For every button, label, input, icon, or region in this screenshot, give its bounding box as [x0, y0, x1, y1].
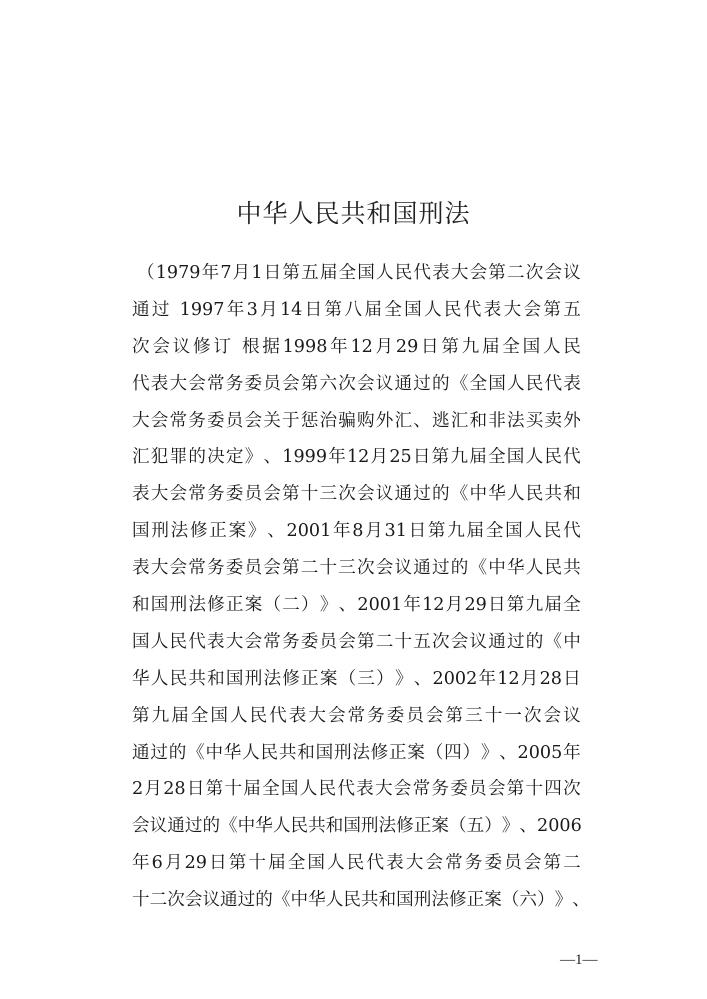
text-chunk: 中	[205, 735, 223, 772]
text-chunk: 修	[193, 329, 211, 366]
text-chunk: 表	[484, 292, 502, 329]
text-chunk: 过	[507, 624, 525, 661]
page-number: —1—	[560, 952, 598, 969]
text-chunk: 常	[188, 476, 206, 513]
text-chunk: 民	[347, 845, 365, 882]
text-chunk: 据	[262, 329, 280, 366]
text-chunk: 修	[396, 808, 414, 845]
text-chunk: 二	[282, 587, 300, 624]
preamble-line: 国人民代表大会常务委员会第二十五次会议通过的《中	[132, 624, 581, 661]
text-chunk: 的	[202, 808, 220, 845]
text-chunk: 通	[220, 882, 238, 919]
text-chunk: 人	[327, 845, 345, 882]
text-chunk: 、	[413, 403, 431, 440]
text-chunk: 会	[394, 771, 412, 808]
text-chunk: 会	[151, 403, 169, 440]
text-chunk: 第	[132, 698, 150, 735]
text-chunk: 人	[242, 735, 260, 772]
text-chunk: 通	[413, 550, 431, 587]
preamble-line: 年6月29日第十届全国人民代表大会常务委员会第二	[132, 845, 581, 882]
text-chunk: 表	[132, 550, 150, 587]
text-chunk: 大	[170, 366, 188, 403]
text-chunk: 员	[320, 624, 338, 661]
text-chunk: 过	[185, 808, 203, 845]
document-page: 中华人民共和国刑法 （1979年7月1日第五届全国人民代表大会第二次会议 通过 …	[0, 0, 707, 999]
preamble-line: 大会常务委员会关于惩治骗购外汇、逃汇和非法买卖外	[132, 403, 581, 440]
text-chunk: 会	[543, 698, 561, 735]
text-chunk: 汇	[132, 439, 150, 476]
text-chunk: 根	[242, 329, 260, 366]
text-chunk: （	[263, 587, 281, 624]
text-chunk: 年	[403, 587, 421, 624]
text-chunk: 第	[507, 587, 525, 624]
text-chunk: 通	[132, 735, 150, 772]
text-chunk: 修	[190, 513, 208, 550]
preamble-line: 代表大会常务委员会第六次会议通过的《全国人民代表	[132, 366, 581, 403]
text-chunk: 国	[132, 513, 150, 550]
text-chunk: 刑	[334, 735, 352, 772]
text-chunk: 日	[488, 587, 506, 624]
text-chunk: 《	[273, 882, 291, 919]
text-chunk: 国	[210, 698, 228, 735]
text-chunk: 《	[451, 366, 469, 403]
text-chunk: 共	[361, 882, 379, 919]
text-chunk: 八	[344, 292, 362, 329]
text-chunk: 年	[333, 513, 351, 550]
text-chunk: 骗	[338, 403, 356, 440]
text-chunk: 五	[413, 624, 431, 661]
text-chunk: 委	[484, 845, 502, 882]
text-chunk: 、	[263, 439, 281, 476]
text-chunk: 第	[282, 476, 300, 513]
document-title: 中华人民共和国刑法	[0, 194, 707, 230]
text-chunk: 全	[262, 771, 280, 808]
text-chunk: 正	[226, 587, 244, 624]
text-chunk: 的	[526, 624, 544, 661]
text-chunk: 代	[563, 513, 581, 550]
text-chunk: 、	[267, 513, 285, 550]
text-chunk: 刑	[361, 808, 379, 845]
preamble-line: 2月28日第十届全国人民代表大会常务委员会第十四次	[132, 771, 581, 808]
text-chunk: 法	[263, 661, 281, 698]
text-chunk: 议	[376, 366, 394, 403]
text-chunk: 共	[308, 808, 326, 845]
text-chunk: 会	[451, 624, 469, 661]
text-chunk: （	[449, 808, 467, 845]
text-chunk: 月	[365, 513, 383, 550]
text-chunk: 1997	[180, 292, 225, 329]
text-chunk: 届	[243, 771, 261, 808]
text-chunk: 委	[226, 476, 244, 513]
text-chunk: 日	[409, 513, 427, 550]
text-chunk: 常	[263, 624, 281, 661]
text-chunk: 大	[151, 550, 169, 587]
text-chunk: ）	[462, 735, 480, 772]
text-chunk: ）	[301, 587, 319, 624]
text-chunk: 二	[301, 550, 319, 587]
text-chunk: 国	[151, 587, 169, 624]
text-chunk: 正	[467, 882, 485, 919]
text-chunk: 法	[379, 808, 397, 845]
text-chunk: 日	[209, 845, 227, 882]
text-chunk: 》	[395, 661, 413, 698]
text-chunk: 刑	[245, 661, 263, 698]
text-chunk: 大	[226, 624, 244, 661]
preamble-line: 汇犯罪的决定》、1999年12月25日第九届全国人民代	[132, 439, 581, 476]
text-chunk: 届	[268, 845, 286, 882]
text-chunk: 月	[144, 771, 162, 808]
text-chunk: 议	[395, 550, 413, 587]
text-chunk: 五	[301, 255, 319, 292]
text-chunk: 届	[482, 329, 500, 366]
text-chunk: 的	[451, 550, 469, 587]
text-chunk: 会	[152, 329, 170, 366]
text-chunk: 1979	[156, 255, 201, 292]
text-chunk: 刑	[151, 513, 169, 550]
text-chunk: 国	[316, 735, 334, 772]
text-chunk: 年	[202, 255, 220, 292]
text-chunk: 华	[507, 550, 525, 587]
text-chunk: 常	[170, 403, 188, 440]
text-chunk: 华	[308, 882, 326, 919]
text-chunk: 民	[395, 255, 413, 292]
text-chunk: 五	[467, 808, 485, 845]
text-chunk: 人	[326, 882, 344, 919]
text-chunk: 中	[238, 808, 256, 845]
text-chunk: 2002	[433, 661, 478, 698]
text-chunk: 会	[338, 624, 356, 661]
text-chunk: 关	[263, 403, 281, 440]
text-chunk: 十	[224, 771, 242, 808]
text-chunk: 日	[413, 439, 431, 476]
text-chunk: 十	[395, 624, 413, 661]
text-chunk: 华	[132, 661, 150, 698]
text-chunk: 2001	[287, 513, 332, 550]
text-chunk: 大	[151, 476, 169, 513]
text-chunk: 国	[396, 882, 414, 919]
text-chunk: 定	[226, 439, 244, 476]
text-chunk: 会	[523, 292, 541, 329]
preamble-line: 会议通过的《中华人民共和国刑法修正案（五）》、2006	[132, 808, 581, 845]
text-chunk: 和	[326, 808, 344, 845]
text-chunk: 、	[339, 587, 357, 624]
text-chunk: 会	[188, 366, 206, 403]
text-chunk: 务	[226, 366, 244, 403]
text-chunk: 人	[376, 255, 394, 292]
text-chunk: 》	[248, 513, 266, 550]
text-chunk: 汇	[451, 403, 469, 440]
text-chunk: 次	[524, 698, 542, 735]
text-chunk: 年	[227, 292, 245, 329]
text-chunk: 2005	[518, 735, 563, 772]
text-chunk: 委	[226, 550, 244, 587]
text-chunk: 届	[467, 513, 485, 550]
text-chunk: 常	[207, 366, 225, 403]
text-chunk: 修	[371, 735, 389, 772]
text-chunk: 人	[151, 661, 169, 698]
text-chunk: 次	[338, 366, 356, 403]
text-chunk: 的	[432, 366, 450, 403]
text-chunk: 全	[488, 439, 506, 476]
text-chunk: 日	[563, 661, 581, 698]
text-chunk: 次	[432, 624, 450, 661]
text-chunk: 第	[301, 366, 319, 403]
text-chunk: 议	[376, 476, 394, 513]
text-chunk: 、	[519, 808, 537, 845]
text-chunk: 九	[447, 513, 465, 550]
text-chunk: 十	[248, 845, 266, 882]
text-chunk: 三	[357, 661, 375, 698]
text-chunk: 月	[233, 255, 251, 292]
text-chunk: 共	[545, 476, 563, 513]
text-chunk: 12	[347, 439, 369, 476]
text-chunk: 九	[526, 587, 544, 624]
text-chunk: 法	[431, 882, 449, 919]
text-chunk: 第	[428, 513, 446, 550]
text-chunk: 会	[263, 476, 281, 513]
text-chunk: 次	[132, 329, 150, 366]
text-chunk: 会	[357, 476, 375, 513]
text-chunk: 《	[187, 735, 205, 772]
text-chunk: 国	[505, 513, 523, 550]
text-chunk: 大	[308, 698, 326, 735]
text-chunk: 员	[245, 476, 263, 513]
text-chunk: 月	[446, 587, 464, 624]
text-chunk: 员	[469, 771, 487, 808]
text-chunk: 民	[250, 698, 268, 735]
text-chunk: 人	[507, 476, 525, 513]
text-chunk: 代	[413, 255, 431, 292]
text-chunk: 次	[563, 771, 581, 808]
text-chunk: 年	[478, 661, 496, 698]
text-chunk: 国	[357, 255, 375, 292]
text-chunk: 大	[375, 771, 393, 808]
text-chunk: 会	[263, 550, 281, 587]
text-chunk: 六	[320, 366, 338, 403]
text-chunk: 中	[563, 624, 581, 661]
text-chunk: 刑	[414, 882, 432, 919]
text-chunk: 国	[226, 661, 244, 698]
preamble-line: 表大会常务委员会第十三次会议通过的《中华人民共和	[132, 476, 581, 513]
text-chunk: 民	[343, 882, 361, 919]
text-chunk: 全	[191, 698, 209, 735]
text-chunk: 会	[185, 882, 203, 919]
text-chunk: 表	[207, 624, 225, 661]
text-chunk: 人	[151, 624, 169, 661]
text-chunk: 会	[357, 366, 375, 403]
text-chunk: 会	[376, 550, 394, 587]
text-chunk: 第	[488, 255, 506, 292]
text-chunk: 外	[563, 403, 581, 440]
text-chunk: 五	[563, 292, 581, 329]
preamble-line: 通过的《中华人民共和国刑法修正案（四）》、2005年	[132, 735, 581, 772]
text-chunk: 民	[261, 735, 279, 772]
text-chunk: 会	[282, 366, 300, 403]
text-chunk: 正	[209, 513, 227, 550]
text-chunk: 民	[526, 366, 544, 403]
text-chunk: 会	[425, 845, 443, 882]
text-chunk: 全	[563, 587, 581, 624]
preamble-line: 国刑法修正案》、2001年8月31日第九届全国人民代	[132, 513, 581, 550]
text-chunk: 二	[563, 845, 581, 882]
text-chunk: 通	[132, 292, 150, 329]
text-chunk: 《	[451, 476, 469, 513]
text-chunk: 代	[563, 439, 581, 476]
text-chunk: 六	[519, 882, 537, 919]
text-chunk: 务	[367, 698, 385, 735]
text-chunk: 次	[167, 882, 185, 919]
text-chunk: 2	[132, 771, 143, 808]
text-chunk: 会	[524, 845, 542, 882]
text-chunk: 第	[543, 845, 561, 882]
text-chunk: 委	[301, 624, 319, 661]
text-chunk: 全	[470, 366, 488, 403]
text-chunk: 罪	[170, 439, 188, 476]
text-chunk: 1999	[282, 439, 327, 476]
text-chunk: 29	[185, 845, 207, 882]
text-chunk: 人	[543, 329, 561, 366]
text-chunk: 《	[220, 808, 238, 845]
text-chunk: 第	[325, 292, 343, 329]
text-chunk: 四	[444, 735, 462, 772]
text-chunk: 通	[395, 476, 413, 513]
text-chunk: 十	[485, 698, 503, 735]
text-chunk: 全	[502, 329, 520, 366]
text-chunk: 民	[544, 513, 562, 550]
text-chunk: 、	[499, 735, 517, 772]
text-chunk: 年	[563, 735, 581, 772]
text-chunk: 日	[187, 771, 205, 808]
text-chunk: 修	[207, 587, 225, 624]
text-chunk: 25	[389, 439, 411, 476]
text-chunk: 逃	[432, 403, 450, 440]
text-chunk: 外	[376, 403, 394, 440]
text-chunk: 3	[247, 292, 258, 329]
text-chunk: 一	[504, 698, 522, 735]
text-chunk: 国	[404, 292, 422, 329]
text-chunk: 28	[540, 661, 562, 698]
text-chunk: 表	[432, 255, 450, 292]
text-chunk: 员	[226, 403, 244, 440]
text-chunk: 和	[132, 587, 150, 624]
text-chunk: 国	[523, 329, 541, 366]
text-chunk: 次	[357, 550, 375, 587]
text-chunk: 委	[245, 366, 263, 403]
text-chunk: 表	[563, 366, 581, 403]
text-chunk: 员	[406, 698, 424, 735]
text-chunk: 12	[350, 329, 372, 366]
text-chunk: 年	[328, 439, 346, 476]
text-chunk: 修	[449, 882, 467, 919]
text-chunk: 务	[465, 845, 483, 882]
text-chunk: 和	[207, 661, 225, 698]
text-chunk: 国	[281, 771, 299, 808]
text-chunk: 表	[289, 698, 307, 735]
text-chunk: 全	[339, 255, 357, 292]
text-chunk: 委	[450, 771, 468, 808]
text-chunk: 惩	[301, 403, 319, 440]
text-chunk: 月	[521, 661, 539, 698]
text-chunk: 修	[282, 661, 300, 698]
text-chunk: 届	[544, 587, 562, 624]
text-chunk: 会	[544, 255, 562, 292]
text-chunk: 过	[152, 292, 170, 329]
text-chunk: 》	[320, 587, 338, 624]
text-chunk: 表	[356, 771, 374, 808]
text-chunk: （	[426, 735, 444, 772]
text-chunk: 年	[330, 329, 348, 366]
text-chunk: 务	[207, 550, 225, 587]
text-chunk: 案	[484, 882, 502, 919]
text-chunk: 民	[319, 771, 337, 808]
text-chunk: 民	[544, 439, 562, 476]
text-chunk: 国	[343, 808, 361, 845]
text-chunk: 月	[260, 292, 278, 329]
text-chunk: 届	[364, 292, 382, 329]
text-chunk: （	[502, 882, 520, 919]
text-chunk: 国	[307, 845, 325, 882]
text-chunk: ）	[376, 661, 394, 698]
text-chunk: 十	[320, 550, 338, 587]
text-chunk: 会	[426, 698, 444, 735]
text-chunk: 《	[545, 624, 563, 661]
preamble-line: 华人民共和国刑法修正案（三）》、2002年12月28日	[132, 661, 581, 698]
text-chunk: 》	[555, 882, 573, 919]
text-chunk: 议	[563, 698, 581, 735]
text-chunk: 全	[486, 513, 504, 550]
text-chunk: 四	[544, 771, 562, 808]
text-chunk: 代	[464, 292, 482, 329]
text-chunk: 2001	[357, 587, 402, 624]
text-chunk: 届	[171, 698, 189, 735]
text-chunk: 十	[301, 476, 319, 513]
text-chunk: 民	[563, 329, 581, 366]
text-chunk: 第	[441, 329, 459, 366]
text-chunk: 7	[220, 255, 231, 292]
text-chunk: 第	[543, 292, 561, 329]
text-chunk: 通	[167, 808, 185, 845]
text-chunk: 案	[245, 587, 263, 624]
text-chunk: 通	[488, 624, 506, 661]
text-chunk: 议	[563, 255, 581, 292]
text-chunk: 和	[563, 476, 581, 513]
text-chunk: 法	[352, 735, 370, 772]
text-chunk: 31	[385, 513, 407, 550]
text-chunk: 6	[152, 845, 163, 882]
text-chunk: 华	[488, 476, 506, 513]
text-chunk: 过	[413, 366, 431, 403]
text-chunk: （	[339, 661, 357, 698]
text-chunk: 的	[169, 735, 187, 772]
text-chunk: 代	[132, 366, 150, 403]
text-chunk: 月	[165, 845, 183, 882]
text-chunk: 》	[502, 808, 520, 845]
text-chunk: 第	[229, 845, 247, 882]
text-chunk: 中	[488, 550, 506, 587]
preamble-line: 第九届全国人民代表大会常务委员会第三十一次会议	[132, 698, 581, 735]
text-chunk: 人	[230, 698, 248, 735]
text-chunk: 月	[371, 439, 389, 476]
text-chunk: 人	[524, 513, 542, 550]
text-chunk: 的	[188, 439, 206, 476]
text-chunk: 日	[305, 292, 323, 329]
text-chunk: 12	[422, 587, 444, 624]
text-chunk: 中	[290, 882, 308, 919]
text-chunk: 第	[357, 624, 375, 661]
text-chunk: 国	[132, 624, 150, 661]
text-chunk: 代	[337, 771, 355, 808]
text-chunk: 全	[288, 845, 306, 882]
